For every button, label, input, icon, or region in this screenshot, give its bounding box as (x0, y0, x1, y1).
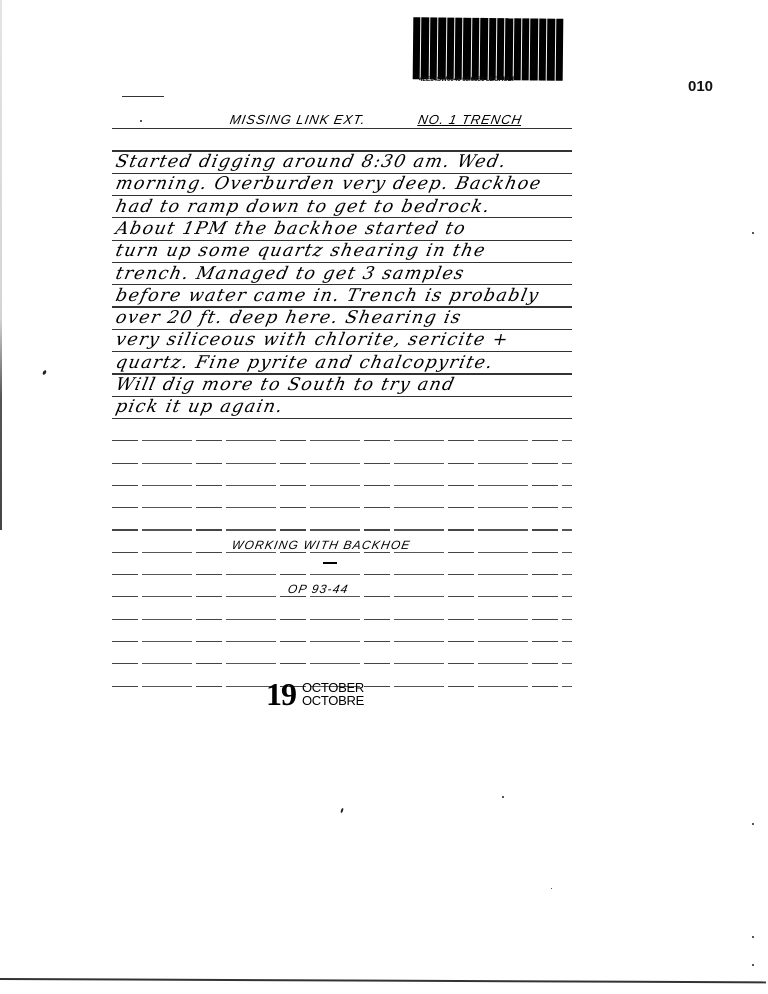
entry-line: very siliceous with chlorite, sericite + (114, 330, 511, 350)
scan-edge-artifact (0, 0, 2, 530)
stray-mark (140, 120, 142, 122)
barcode-bar (455, 18, 463, 80)
date-stamp: 19 OCTOBER OCTOBRE (266, 678, 364, 710)
entry-line: Started digging around 8:30 am. Wed. (114, 152, 509, 172)
ruled-line (112, 485, 572, 486)
date-months: OCTOBER OCTOBRE (302, 681, 364, 707)
barcode-label: 42E14SW0046 63.6331 LEGAULT (419, 76, 515, 83)
permit-number: OP 93-44 (287, 582, 350, 596)
barcode-bar (446, 18, 454, 80)
date-month-fr: OCTOBRE (302, 694, 364, 707)
ruled-line (112, 596, 572, 597)
stray-mark (551, 888, 552, 889)
barcode-bar (429, 17, 437, 79)
barcode-bar (505, 18, 513, 80)
underline-dash (323, 562, 337, 564)
stray-mark (752, 232, 754, 234)
barcode-bar (497, 18, 505, 80)
page-header: Missing Link Ext. No. 1 Trench (229, 112, 572, 127)
barcode-bar (471, 18, 479, 80)
ruled-line (112, 418, 572, 419)
ruled-line-top-short (122, 96, 164, 97)
ruled-line (112, 195, 572, 196)
entry-line: turn up some quartz shearing in the (114, 241, 488, 261)
ruled-line (112, 663, 572, 664)
barcode-bar (438, 17, 446, 79)
ruled-line (112, 574, 572, 575)
ruled-line (112, 463, 572, 464)
entry-line: pick it up again. (114, 397, 286, 417)
page-bottom-edge (0, 978, 766, 983)
entry-line: over 20 ft. deep here. Shearing is (114, 308, 464, 328)
entry-line: About 1PM the backhoe started to (114, 219, 468, 239)
header-property: Missing Link Ext. (229, 112, 367, 127)
ruled-line (112, 262, 572, 263)
ruled-line (112, 128, 572, 129)
entry-line: quartz. Fine pyrite and chalcopyrite. (114, 353, 496, 373)
ruled-line (112, 507, 572, 508)
barcode (413, 17, 564, 81)
barcode-bar (413, 17, 421, 79)
entry-line: had to ramp down to get to bedrock. (114, 197, 493, 217)
ruled-line (112, 440, 572, 441)
ruled-line (112, 619, 572, 620)
ruled-line (112, 641, 572, 642)
ruled-line (112, 529, 572, 530)
barcode-bar (513, 18, 521, 80)
barcode-bar (539, 19, 547, 81)
barcode-bar (522, 18, 530, 80)
barcode-bar (480, 18, 488, 80)
page-number: 010 (688, 78, 713, 95)
stray-mark (42, 370, 47, 376)
entry-line: trench. Managed to get 3 samples (114, 264, 467, 284)
stray-mark (340, 808, 344, 813)
entry-line: Will dig more to South to try and (114, 375, 457, 395)
stray-mark (752, 936, 754, 938)
barcode-bar (488, 18, 496, 80)
stray-mark (752, 823, 754, 825)
barcode-bar (530, 18, 538, 80)
barcode-bar (555, 19, 563, 81)
entry-line: morning. Overburden very deep. Backhoe (114, 174, 544, 194)
barcode-bar (421, 17, 429, 79)
header-trench: No. 1 Trench (417, 112, 523, 127)
barcode-bar (463, 18, 471, 80)
stray-mark (752, 964, 754, 966)
barcode-bar (547, 19, 555, 81)
stray-mark (502, 796, 504, 798)
entry-line: before water came in. Trench is probably (114, 286, 541, 306)
date-day: 19 (266, 678, 296, 710)
footer-note: Working with Backhoe (231, 538, 412, 552)
